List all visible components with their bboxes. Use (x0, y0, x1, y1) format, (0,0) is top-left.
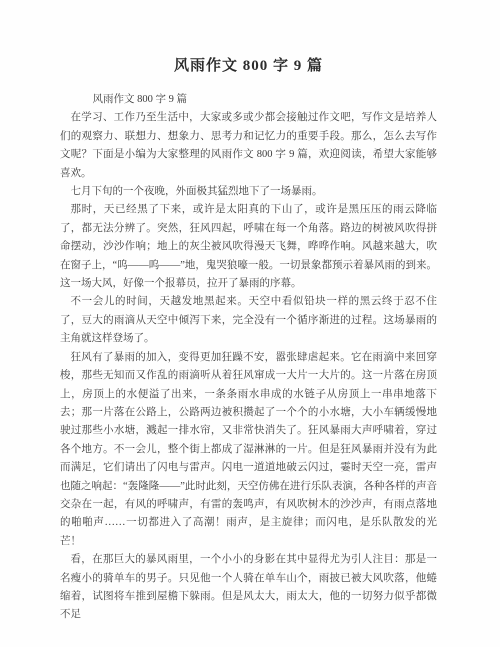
document-content: 风雨作文 800 字 9 篇 风雨作文 800 字 9 篇 在学习、工作乃至生活… (60, 55, 437, 625)
paragraph-cyclist: 看，在那巨大的暴风雨里，一个小小的身影在其中显得尤为引人注目：那是一名瘦小的骑单… (60, 551, 437, 625)
document-subtitle: 风雨作文 800 字 9 篇 (60, 91, 437, 109)
paragraph-storm: 狂风有了暴雨的加入，变得更加狂躁不安，嚣张肆虐起来。它在雨滴中来回穿梭，那些无知… (60, 349, 437, 551)
paragraph-wind: 那时，天已经黑了下来，或许是太阳真的下山了，或许是黑压压的雨云降临了，都无法分辨… (60, 201, 437, 293)
paragraph-rain-begins: 不一会儿的时间，天越发地黑起来。天空中看似铅块一样的黑云终于忍不住了，豆大的雨滴… (60, 293, 437, 348)
paragraph-opening: 七月下旬的一个夜晚，外面极其猛烈地下了一场暴雨。 (60, 183, 437, 201)
document-title: 风雨作文 800 字 9 篇 (60, 55, 437, 77)
document-page: 风雨作文 800 字 9 篇 风雨作文 800 字 9 篇 在学习、工作乃至生活… (0, 0, 500, 647)
paragraph-intro: 在学习、工作乃至生活中，大家或多或少都会接触过作文吧，写作文是培养人们的观察力、… (60, 109, 437, 183)
